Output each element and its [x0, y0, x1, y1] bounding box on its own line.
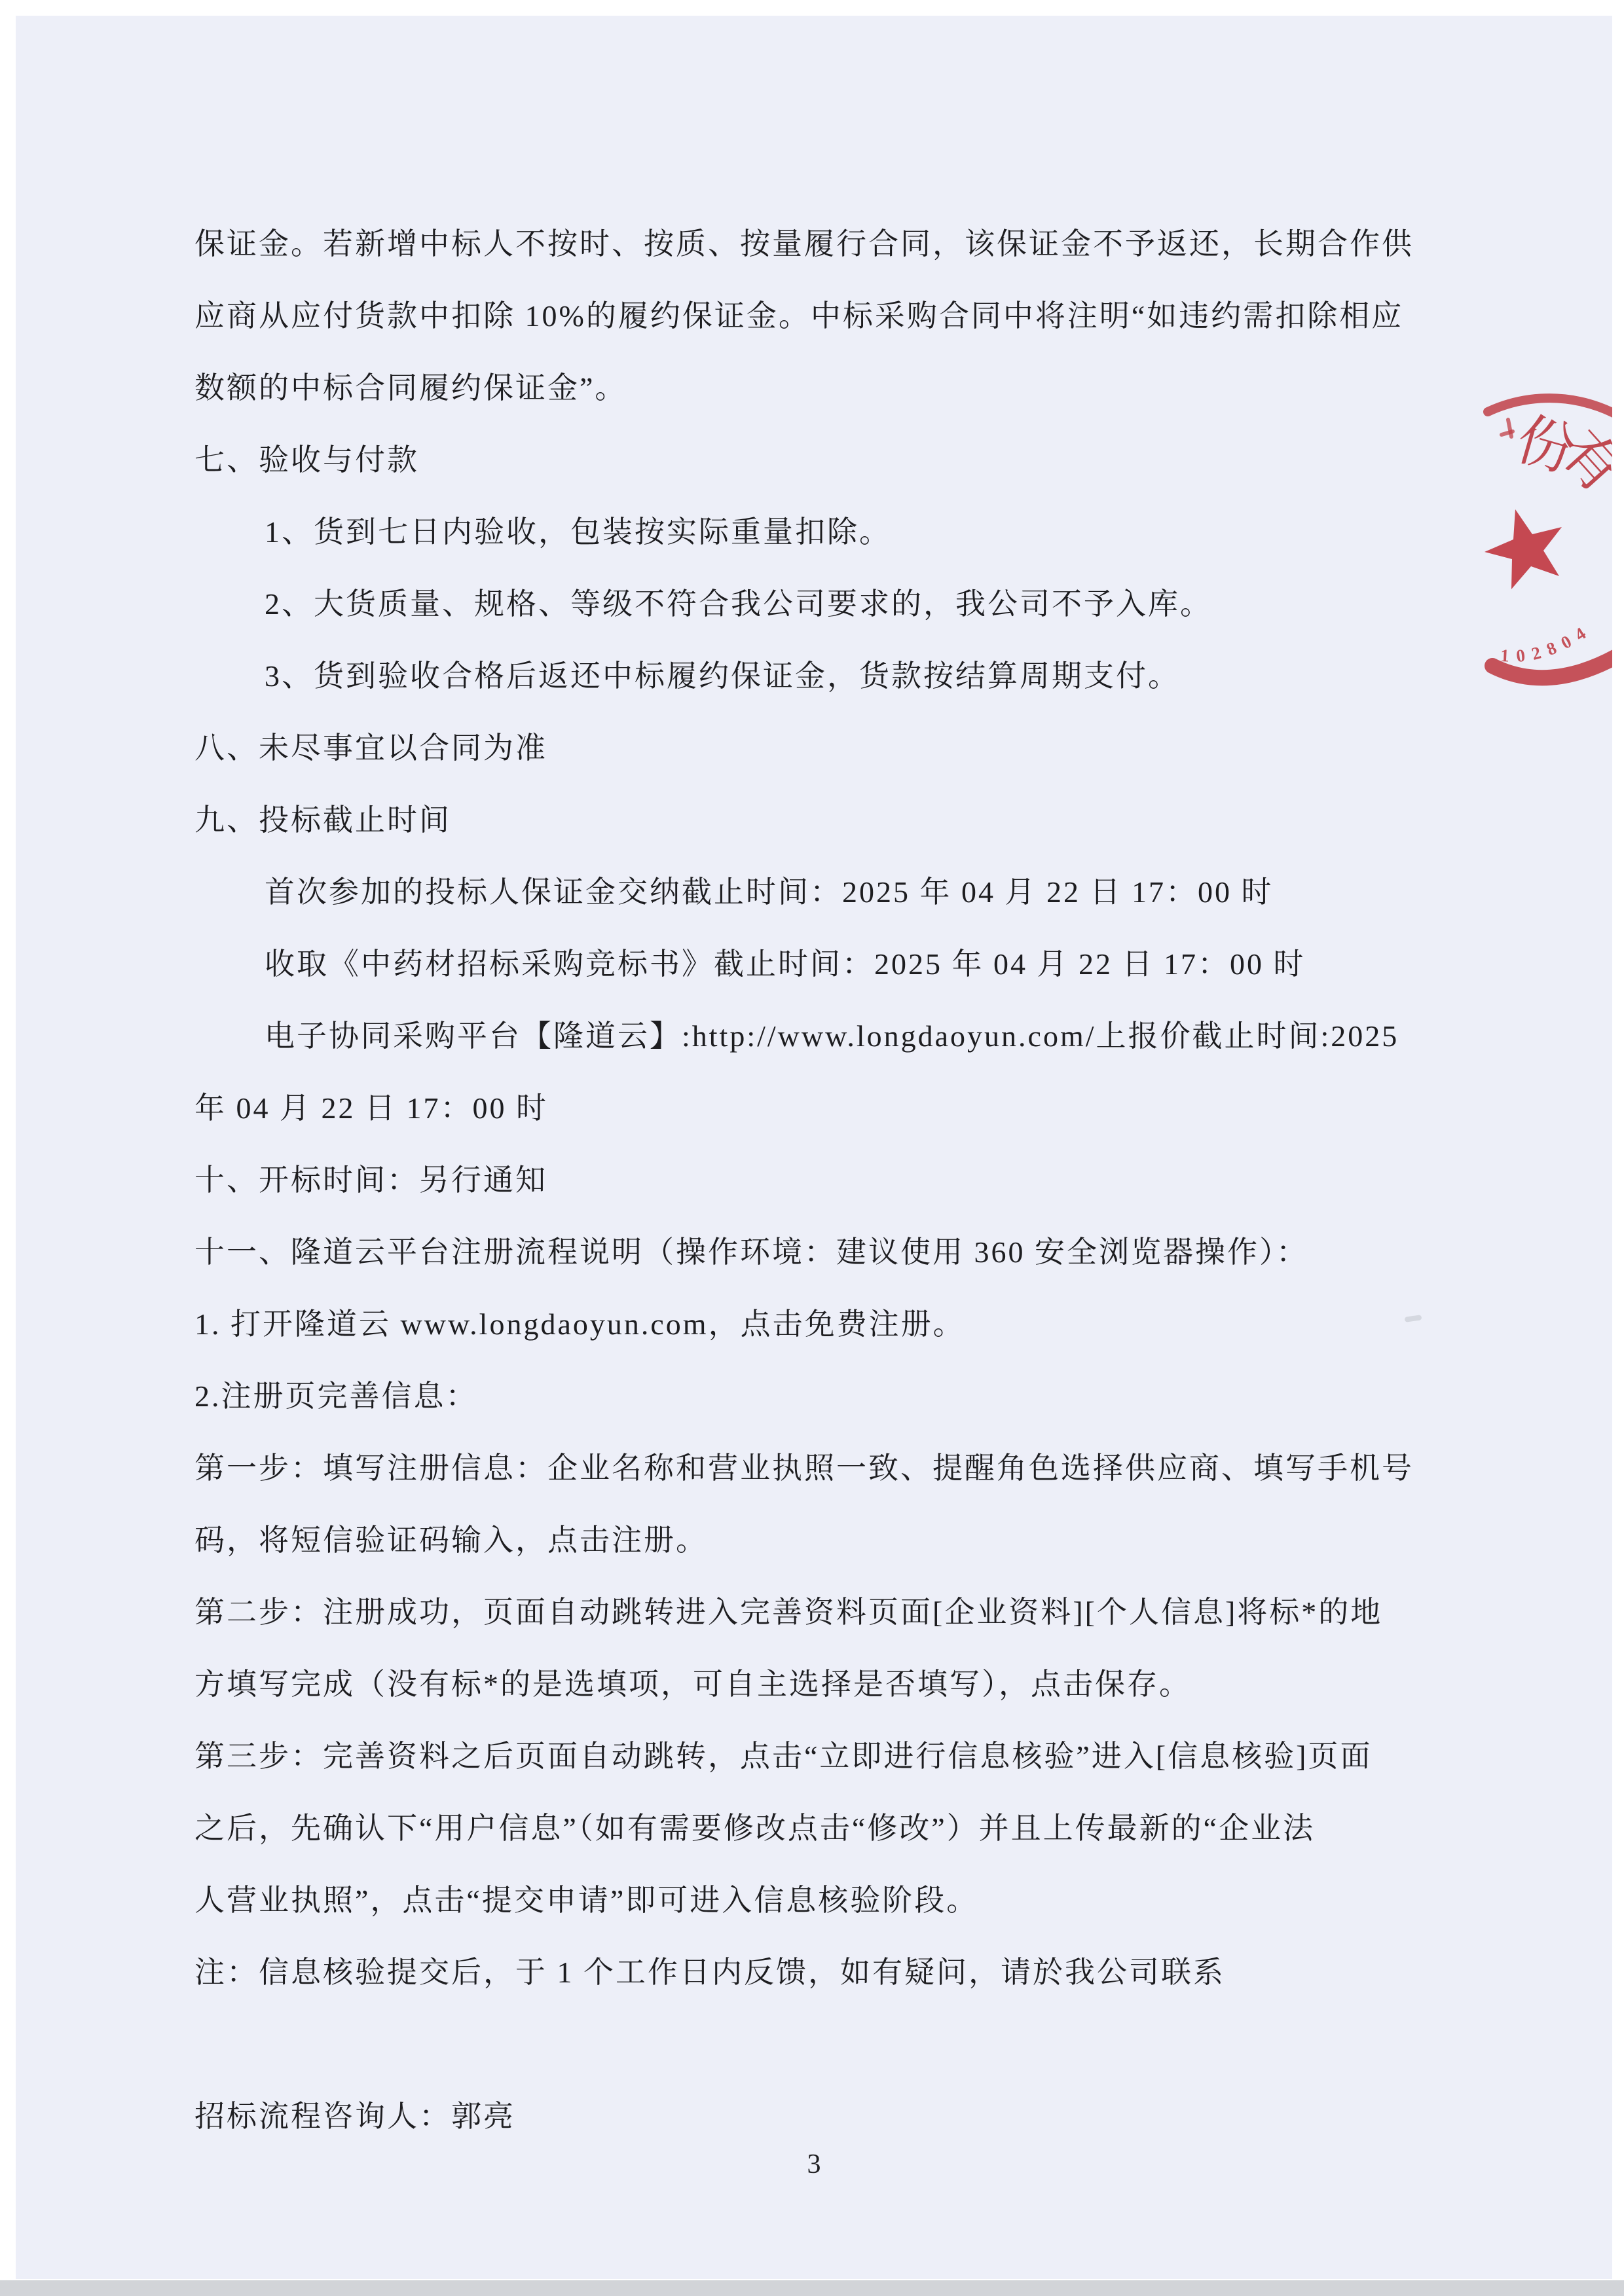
text-line: 第一步：填写注册信息：企业名称和营业执照一致、提醒角色选择供应商、填写手机号 — [194, 1432, 1612, 1504]
text-line: 2.注册页完善信息： — [194, 1360, 1612, 1432]
page-number: 3 — [16, 2145, 1612, 2184]
text-line: 第三步：完善资料之后页面自动跳转，点击“立即进行信息核验”进入[信息核验]页面 — [194, 1721, 1612, 1793]
document-text: 保证金。若新增中标人不按时、按质、按量履行合同，该保证金不予返还，长期合作供应商… — [16, 208, 1612, 2153]
text-line: 3、货到验收合格后返还中标履约保证金，货款按结算周期支付。 — [265, 640, 1612, 712]
company-seal-stamp: 份 有 102804 — [1416, 373, 1612, 700]
text-line: 码，将短信验证码输入，点击注册。 — [194, 1504, 1612, 1576]
seal-partial-strokes — [1502, 420, 1513, 437]
text-line: 注：信息核验提交后，于 1 个工作日内反馈，如有疑问，请於我公司联系 — [194, 1937, 1612, 2009]
text-line: 首次参加的投标人保证金交纳截止时间：2025 年 04 月 22 日 17：00… — [265, 856, 1612, 928]
text-line: 招标流程咨询人：郭亮 — [194, 2081, 1612, 2153]
text-line: 应商从应付货款中扣除 10%的履约保证金。中标采购合同中将注明“如违约需扣除相应 — [194, 280, 1612, 352]
text-line: 九、投标截止时间 — [194, 784, 1612, 856]
text-line: 数额的中标合同履约保证金”。 — [194, 352, 1612, 424]
text-line: 八、未尽事宜以合同为准 — [194, 712, 1612, 784]
text-line: 1. 打开隆道云 www.longdaoyun.com，点击免费注册。 — [194, 1288, 1612, 1360]
document-page: 保证金。若新增中标人不按时、按质、按量履行合同，该保证金不予返还，长期合作供应商… — [0, 0, 1624, 2296]
text-line — [194, 2009, 1612, 2081]
text-line: 十、开标时间：另行通知 — [194, 1144, 1612, 1216]
seal-serial-number: 102804 — [1500, 619, 1596, 666]
text-line: 保证金。若新增中标人不按时、按质、按量履行合同，该保证金不予返还，长期合作供 — [194, 208, 1612, 280]
scan-bottom-edge — [0, 2280, 1624, 2296]
text-line: 1、货到七日内验收，包装按实际重量扣除。 — [265, 496, 1612, 568]
text-line: 十一、隆道云平台注册流程说明（操作环境：建议使用 360 安全浏览器操作）： — [194, 1216, 1612, 1288]
text-line: 人营业执照”，点击“提交申请”即可进入信息核验阶段。 — [194, 1865, 1612, 1937]
paper: 保证金。若新增中标人不按时、按质、按量履行合同，该保证金不予返还，长期合作供应商… — [16, 16, 1612, 2279]
text-line: 年 04 月 22 日 17：00 时 — [194, 1072, 1612, 1144]
text-line: 收取《中药材招标采购竞标书》截止时间：2025 年 04 月 22 日 17：0… — [265, 928, 1612, 1000]
text-line: 七、验收与付款 — [194, 424, 1612, 496]
text-line: 之后，先确认下“用户信息”（如有需要修改点击“修改”）并且上传最新的“企业法 — [194, 1793, 1612, 1865]
text-line: 第二步：注册成功，页面自动跳转进入完善资料页面[企业资料][个人信息]将标*的地 — [194, 1576, 1612, 1649]
seal-characters: 份 有 — [1509, 408, 1612, 505]
text-line: 电子协同采购平台【隆道云】:http://www.longdaoyun.com/… — [265, 1000, 1612, 1072]
text-line: 2、大货质量、规格、等级不符合我公司要求的，我公司不予入库。 — [265, 568, 1612, 640]
seal-star-icon — [1485, 509, 1562, 589]
text-line: 方填写完成（没有标*的是选填项，可自主选择是否填写），点击保存。 — [194, 1649, 1612, 1721]
